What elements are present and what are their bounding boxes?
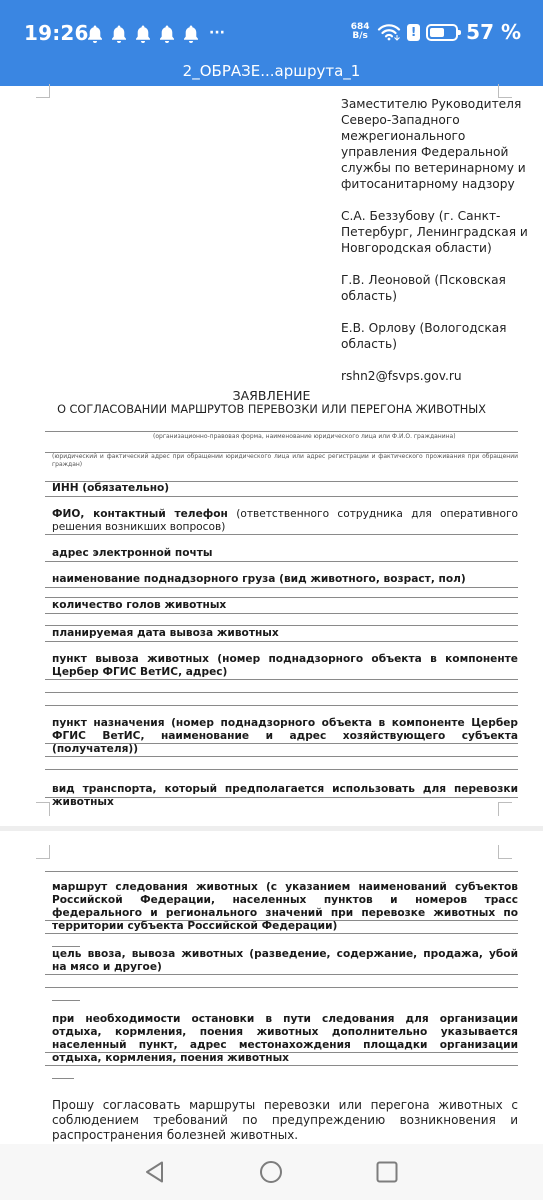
field-line — [45, 933, 518, 934]
app-bar: 19:26 ··· 684 B/s ! — [0, 0, 543, 86]
recents-icon[interactable] — [375, 1160, 399, 1184]
field-inn: ИНН (обязательно) — [52, 482, 518, 495]
field-head-count: количество голов животных — [52, 599, 518, 612]
field-line — [45, 797, 518, 798]
status-time: 19:26 — [24, 21, 89, 45]
addressee-block: Заместителю Руководителя Северо-Западног… — [341, 96, 541, 384]
closing-paragraph: Прошу согласовать маршруты перевозки или… — [52, 1098, 518, 1143]
page-corner-mark — [36, 84, 50, 98]
field-line — [45, 705, 518, 706]
field-transport: вид транспорта, который предполагается и… — [52, 783, 518, 809]
field-line — [45, 692, 518, 693]
document-page-1[interactable]: Заместителю Руководителя Северо-Западног… — [0, 86, 543, 826]
addressee-vologda: Е.В. Орлову (Вологодская область) — [341, 320, 541, 352]
battery-level — [430, 28, 444, 37]
field-line — [45, 920, 518, 921]
battery-icon — [426, 24, 458, 41]
field-origin: пункт вывоза животных (номер поднадзорно… — [52, 653, 518, 679]
hint-address: (юридический и фактический адрес при обр… — [52, 453, 518, 469]
document-heading: ЗАЯВЛЕНИЕ О СОГЛАСОВАНИИ МАРШРУТОВ ПЕРЕВ… — [0, 388, 543, 417]
wifi-icon — [377, 23, 401, 41]
field-line — [45, 743, 518, 744]
field-line — [45, 987, 518, 988]
back-icon[interactable] — [143, 1160, 167, 1184]
addressee-spb: С.А. Беззубову (г. Санкт-Петербург, Лени… — [341, 208, 541, 256]
battery-percent: 57 % — [466, 20, 521, 44]
more-notifications-icon: ··· — [209, 25, 225, 41]
document-heading-title: ЗАЯВЛЕНИЕ — [0, 388, 543, 403]
field-line — [45, 1065, 518, 1066]
notification-icons: ··· — [86, 24, 225, 44]
field-line — [45, 496, 518, 497]
battery-tip — [458, 30, 461, 35]
page-corner-mark — [36, 802, 50, 816]
hint-org: (организационно-правовая форма, наименов… — [153, 433, 456, 441]
page-corner-mark — [36, 845, 50, 859]
page-corner-mark — [498, 802, 512, 816]
document-heading-subtitle: О СОГЛАСОВАНИИ МАРШРУТОВ ПЕРЕВОЗКИ ИЛИ П… — [0, 403, 543, 417]
addressee-email: rshn2@fsvps.gov.ru — [341, 368, 541, 384]
document-page-2[interactable]: маршрут следования животных (с указанием… — [0, 831, 543, 1144]
field-line — [45, 625, 518, 626]
bell-icon — [182, 24, 200, 44]
field-stops: при необходимости остановки в пути следо… — [52, 1013, 518, 1065]
field-cargo: наименование поднадзорного груза (вид жи… — [52, 573, 518, 586]
field-line — [45, 1052, 518, 1053]
status-indicators: 684 B/s ! 57 % — [349, 20, 521, 44]
field-route: маршрут следования животных (с указанием… — [52, 881, 518, 933]
network-speed-unit: B/s — [349, 32, 371, 41]
field-line-stub — [52, 946, 80, 947]
bell-icon — [86, 24, 104, 44]
field-line — [45, 534, 518, 535]
bell-icon — [158, 24, 176, 44]
field-line-stub — [52, 1078, 74, 1079]
field-line — [45, 613, 518, 614]
field-line — [45, 974, 518, 975]
field-line — [45, 431, 518, 432]
addressee-position: Заместителю Руководителя Северо-Западног… — [341, 96, 541, 192]
bell-icon — [110, 24, 128, 44]
document-title[interactable]: 2_ОБРАЗЕ...аршрута_1 — [0, 62, 543, 80]
field-destination: пункт назначения (номер поднадзорного об… — [52, 717, 518, 756]
home-icon[interactable] — [259, 1160, 283, 1184]
field-line — [45, 871, 518, 872]
field-line-stub — [52, 1000, 80, 1001]
status-bar: 19:26 ··· 684 B/s ! — [0, 18, 543, 52]
field-line — [45, 756, 518, 757]
page-corner-mark — [498, 845, 512, 859]
field-line — [45, 587, 518, 588]
field-contact: ФИО, контактный телефон (ответственного … — [52, 508, 518, 534]
field-purpose: цель ввоза, вывоза животных (разведение,… — [52, 948, 518, 974]
field-line — [45, 679, 518, 680]
addressee-pskov: Г.В. Леоновой (Псковская область) — [341, 272, 541, 304]
alert-icon: ! — [407, 24, 420, 41]
field-contact-label: ФИО, контактный телефон — [52, 508, 228, 520]
field-line — [45, 769, 518, 770]
system-nav-bar — [0, 1144, 543, 1200]
field-export-date: планируемая дата вывоза животных — [52, 627, 518, 640]
field-email: адрес электронной почты — [52, 547, 518, 560]
field-line — [45, 561, 518, 562]
bell-icon — [134, 24, 152, 44]
field-line — [45, 641, 518, 642]
field-line — [45, 597, 518, 598]
network-speed: 684 B/s — [349, 23, 371, 41]
